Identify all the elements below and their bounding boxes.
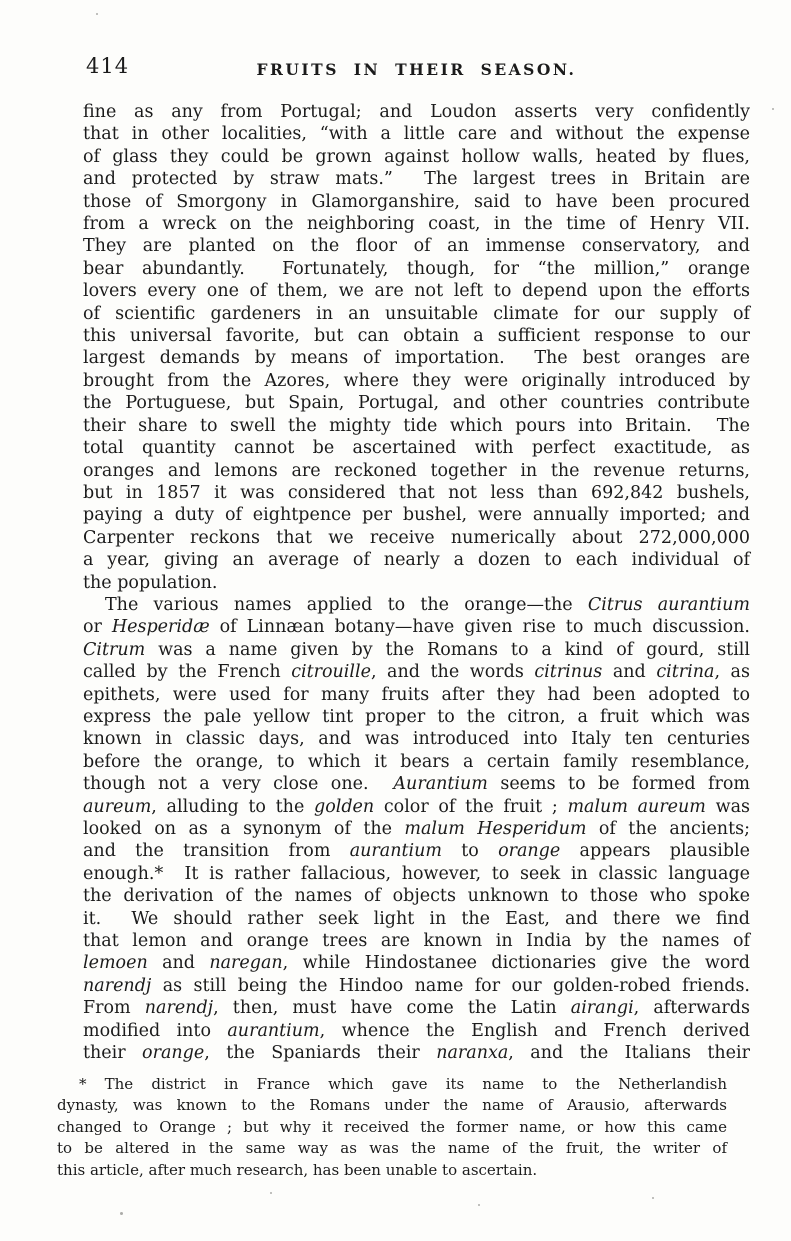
text-line: aureum, alluding to the golden color of … — [83, 796, 750, 818]
italic-term: citrinus — [534, 662, 602, 682]
text-line: dynasty, was known to the Romans under t… — [57, 1095, 727, 1116]
text-line: and the transition from aurantium to ora… — [83, 840, 750, 862]
text-segment: the derivation of the names of objects u… — [83, 886, 750, 906]
text-segment: brought from the Azores, where they were… — [83, 371, 750, 391]
text-segment: was — [706, 797, 750, 817]
text-segment: of scientific gardeners in an unsuitable… — [83, 304, 750, 324]
text-segment: was a name given by the Romans to a kind… — [145, 640, 750, 660]
text-line: epithets, were used for many fruits afte… — [83, 684, 750, 706]
text-segment: their share to swell the mighty tide whi… — [83, 416, 750, 436]
text-segment: of Linnæan botany—have given rise to muc… — [210, 617, 750, 637]
text-line: those of Smorgony in Glamorganshire, sai… — [83, 191, 750, 213]
text-segment: looked on as a synonym of the — [83, 819, 404, 839]
text-segment: that in other localities, “with a little… — [83, 124, 750, 144]
text-segment: a year, giving an average of nearly a do… — [83, 550, 750, 570]
text-segment: that lemon and orange trees are known in… — [83, 931, 750, 951]
text-line: * The district in France which gave its … — [57, 1074, 727, 1095]
text-segment: , as — [714, 662, 750, 682]
text-line: called by the French citrouille, and the… — [83, 661, 750, 683]
text-segment: called by the French — [83, 662, 291, 682]
text-segment: lovers every one of them, we are not lef… — [83, 281, 750, 301]
text-segment: this universal favorite, but can obtain … — [83, 326, 750, 346]
text-segment: color of the fruit ; — [374, 797, 567, 817]
text-segment: * The district in France which gave its … — [79, 1075, 727, 1093]
text-line: express the pale yellow tint proper to t… — [83, 706, 750, 728]
italic-term: orange — [142, 1043, 204, 1063]
text-segment: appears plausible — [560, 841, 750, 861]
text-segment: , then, must have come the Latin — [213, 998, 571, 1018]
scan-speck — [652, 1197, 654, 1199]
text-line: lemoen and naregan, while Hindostanee di… — [83, 952, 750, 974]
text-line: this article, after much research, has b… — [57, 1160, 727, 1181]
italic-term: malum aureum — [567, 797, 705, 817]
text-segment: and — [602, 662, 656, 682]
text-segment: of the ancients; — [586, 819, 750, 839]
text-line: known in classic days, and was introduce… — [83, 728, 750, 750]
text-segment: modified into — [83, 1021, 227, 1041]
text-segment: though not a very close one. — [83, 774, 393, 794]
text-line: of glass they could be grown against hol… — [83, 146, 750, 168]
italic-term: narendj — [145, 998, 213, 1018]
text-line: Citrum was a name given by the Romans to… — [83, 639, 750, 661]
scan-speck — [478, 1204, 480, 1206]
text-segment: and the transition from — [83, 841, 350, 861]
text-segment: enough.* It is rather fallacious, howeve… — [83, 864, 750, 884]
text-line: that lemon and orange trees are known in… — [83, 930, 750, 952]
scan-speck — [96, 13, 98, 15]
text-segment: but in 1857 it was considered that not l… — [83, 483, 750, 503]
book-page: 414 FRUITS IN THEIR SEASON. fine as any … — [0, 0, 791, 1241]
italic-term: naregan — [209, 953, 282, 973]
text-segment: seems to be formed from — [488, 774, 750, 794]
text-segment: The various names applied to the orange—… — [105, 595, 588, 615]
text-segment: paying a duty of eightpence per bushel, … — [83, 505, 750, 525]
italic-term: Citrus aurantium — [588, 595, 750, 615]
footnote: * The district in France which gave its … — [57, 1074, 727, 1181]
scan-speck — [270, 1192, 272, 1194]
text-line: their orange, the Spaniards their naranx… — [83, 1042, 750, 1064]
text-line: to be altered in the same way as was the… — [57, 1138, 727, 1159]
text-line: a year, giving an average of nearly a do… — [83, 549, 750, 571]
text-segment: or — [83, 617, 112, 637]
text-line: fine as any from Portugal; and Loudon as… — [83, 101, 750, 123]
text-line: the Portuguese, but Spain, Portugal, and… — [83, 392, 750, 414]
text-line: paying a duty of eightpence per bushel, … — [83, 504, 750, 526]
text-segment: bear abundantly. Fortunately, though, fo… — [83, 259, 750, 279]
text-line: the derivation of the names of objects u… — [83, 885, 750, 907]
text-segment: oranges and lemons are reckoned together… — [83, 461, 750, 481]
text-segment: From — [83, 998, 145, 1018]
text-segment: and — [148, 953, 210, 973]
text-segment: , whence the English and French derived — [320, 1021, 750, 1041]
text-segment: of glass they could be grown against hol… — [83, 147, 750, 167]
text-line: the population. — [83, 572, 750, 594]
text-segment: largest demands by means of importation.… — [83, 348, 750, 368]
scan-speck — [772, 108, 774, 110]
text-line: largest demands by means of importation.… — [83, 347, 750, 369]
text-segment: changed to Orange ; but why it received … — [57, 1118, 727, 1136]
text-line: oranges and lemons are reckoned together… — [83, 460, 750, 482]
text-segment: They are planted on the floor of an imme… — [83, 236, 750, 256]
text-line: or Hesperidæ of Linnæan botany—have give… — [83, 616, 750, 638]
italic-term: aurantium — [227, 1021, 319, 1041]
text-segment: their — [83, 1043, 142, 1063]
text-line: Carpenter reckons that we receive numeri… — [83, 527, 750, 549]
text-segment: epithets, were used for many fruits afte… — [83, 685, 750, 705]
text-segment: , and the words — [371, 662, 534, 682]
running-header: FRUITS IN THEIR SEASON. — [83, 60, 750, 79]
text-segment: the Portuguese, but Spain, Portugal, and… — [83, 393, 750, 413]
text-line: but in 1857 it was considered that not l… — [83, 482, 750, 504]
italic-term: lemoen — [83, 953, 148, 973]
text-segment: , and the Italians their — [508, 1043, 750, 1063]
text-segment: the population. — [83, 573, 217, 593]
text-segment: , the Spaniards their — [204, 1043, 436, 1063]
text-line: The various names applied to the orange—… — [83, 594, 750, 616]
italic-term: orange — [498, 841, 560, 861]
text-line: From narendj, then, must have come the L… — [83, 997, 750, 1019]
text-segment: known in classic days, and was introduce… — [83, 729, 750, 749]
text-line: They are planted on the floor of an imme… — [83, 235, 750, 257]
text-line: of scientific gardeners in an unsuitable… — [83, 303, 750, 325]
text-segment: those of Smorgony in Glamorganshire, sai… — [83, 192, 750, 212]
text-segment: dynasty, was known to the Romans under t… — [57, 1096, 727, 1114]
text-segment: as still being the Hindoo name for our g… — [151, 976, 750, 996]
text-line: this universal favorite, but can obtain … — [83, 325, 750, 347]
text-segment: to — [442, 841, 498, 861]
text-segment: and protected by straw mats.” The larges… — [83, 169, 750, 189]
text-line: enough.* It is rather fallacious, howeve… — [83, 863, 750, 885]
text-line: narendj as still being the Hindoo name f… — [83, 975, 750, 997]
text-segment: fine as any from Portugal; and Loudon as… — [83, 102, 750, 122]
italic-term: aureum — [83, 797, 151, 817]
text-line: from a wreck on the neighboring coast, i… — [83, 213, 750, 235]
text-line: that in other localities, “with a little… — [83, 123, 750, 145]
text-segment: to be altered in the same way as was the… — [57, 1139, 727, 1157]
text-segment: , while Hindostanee dictionaries give th… — [283, 953, 750, 973]
text-segment: total quantity cannot be ascertained wit… — [83, 438, 750, 458]
text-line: it. We should rather seek light in the E… — [83, 908, 750, 930]
text-line: bear abundantly. Fortunately, though, fo… — [83, 258, 750, 280]
body-text: fine as any from Portugal; and Loudon as… — [83, 101, 750, 1064]
italic-term: naranxa — [436, 1043, 508, 1063]
text-segment: before the orange, to which it bears a c… — [83, 752, 750, 772]
italic-term: golden — [314, 797, 374, 817]
text-segment: from a wreck on the neighboring coast, i… — [83, 214, 750, 234]
italic-term: Citrum — [83, 640, 145, 660]
text-line: changed to Orange ; but why it received … — [57, 1117, 727, 1138]
italic-term: airangi — [571, 998, 634, 1018]
italic-term: Hesperidæ — [112, 617, 210, 637]
text-line: brought from the Azores, where they were… — [83, 370, 750, 392]
text-segment: this article, after much research, has b… — [57, 1161, 537, 1179]
text-line: looked on as a synonym of the malum Hesp… — [83, 818, 750, 840]
italic-term: citrina — [656, 662, 714, 682]
text-segment: , afterwards — [634, 998, 750, 1018]
text-line: their share to swell the mighty tide whi… — [83, 415, 750, 437]
text-line: modified into aurantium, whence the Engl… — [83, 1020, 750, 1042]
italic-term: narendj — [83, 976, 151, 996]
italic-term: malum Hesperidum — [404, 819, 586, 839]
text-line: total quantity cannot be ascertained wit… — [83, 437, 750, 459]
text-segment: Carpenter reckons that we receive numeri… — [83, 528, 750, 548]
text-line: before the orange, to which it bears a c… — [83, 751, 750, 773]
scan-speck — [120, 1212, 123, 1215]
text-segment: , alluding to the — [151, 797, 314, 817]
text-line: and protected by straw mats.” The larges… — [83, 168, 750, 190]
text-line: though not a very close one. Aurantium s… — [83, 773, 750, 795]
italic-term: aurantium — [350, 841, 442, 861]
italic-term: Aurantium — [393, 774, 487, 794]
text-line: lovers every one of them, we are not lef… — [83, 280, 750, 302]
italic-term: citrouille — [291, 662, 371, 682]
text-segment: express the pale yellow tint proper to t… — [83, 707, 750, 727]
text-segment: it. We should rather seek light in the E… — [83, 909, 750, 929]
